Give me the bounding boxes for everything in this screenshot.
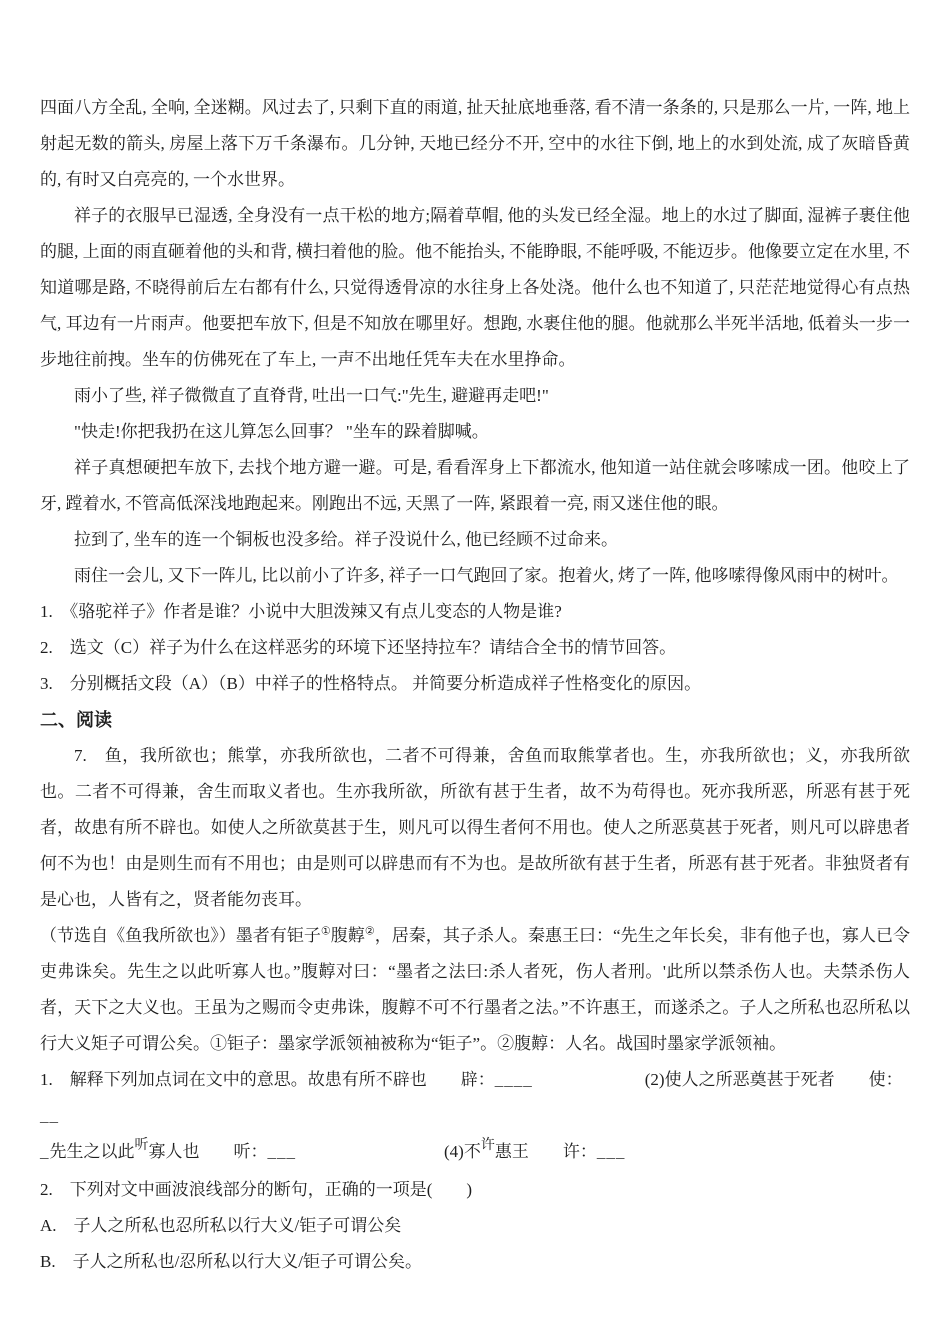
classical-passage-yu-wo-suo-yu: 7. 鱼，我所欲也；熊掌，亦我所欲也，二者不可得兼，舍鱼而取熊掌者也。生，亦我所… (40, 738, 910, 918)
passage-a-paragraph-6: 拉到了, 坐车的连一个铜板也没多给。祥子没说什么, 他已经顾不过命来。 (40, 522, 910, 558)
classical-question-1-line-1: 1. 解释下列加点词在文中的意思。故患有所不辟也辟：____(2)使人之所恶奠甚… (40, 1062, 910, 1134)
option-a: A. 子人之所私也忍所私以行大义/钜子可谓公矣 (40, 1208, 910, 1244)
text-run: 寡人也 (149, 1142, 200, 1161)
text-run: （节选自《鱼我所欲也》）墨者有钜子 (40, 926, 321, 945)
option-b: B. 子人之所私也/忍所私以行大义/钜子可谓公矣。 (40, 1244, 910, 1280)
passage-a-paragraph-4: "快走!你把我扔在这儿算怎么回事？ "坐车的跺着脚喊。 (40, 414, 910, 450)
emphasized-word: 许 (481, 1138, 495, 1153)
passage-a-paragraph-2: 祥子的衣服早已湿透, 全身没有一点干松的地方;隔着草帽, 他的头发已经全湿。地上… (40, 198, 910, 378)
text-run: (4)不 (444, 1142, 481, 1161)
footnote-marker: ① (321, 925, 331, 937)
question-3: 3. 分别概括文段（A）（B）中祥子的性格特点。 并简要分析造成祥子性格变化的原… (40, 666, 910, 702)
section-heading-reading: 二、阅读 (40, 702, 910, 738)
document-page: 四面八方全乱, 全响, 全迷糊。风过去了, 只剩下直的雨道, 扯天扯底地垂落, … (0, 0, 950, 1280)
answer-blank: ___ (268, 1142, 297, 1161)
text-run: ，居秦，其子杀人。秦惠王曰：“先生之年长矣，非有他子也，寡人已令吏弗诛矣。先生之… (40, 926, 910, 1053)
classical-question-2: 2. 下列对文中画波浪线部分的断句，正确的一项是( ) (40, 1172, 910, 1208)
text-run: 许： (563, 1142, 597, 1161)
passage-a-paragraph-1: 四面八方全乱, 全响, 全迷糊。风过去了, 只剩下直的雨道, 扯天扯底地垂落, … (40, 90, 910, 198)
passage-a-paragraph-3: 雨小了些, 祥子微微直了直脊背, 吐出一口气:"先生, 避避再走吧!" (40, 378, 910, 414)
text-run: 使： (869, 1070, 903, 1089)
answer-blank: ___ (597, 1142, 626, 1161)
classical-passage-mozi: （节选自《鱼我所欲也》）墨者有钜子①腹䵍②，居秦，其子杀人。秦惠王曰：“先生之年… (40, 918, 910, 1062)
passage-a-paragraph-5: 祥子真想硬把车放下, 去找个地方避一避。可是, 看看浑身上下都流水, 他知道一站… (40, 450, 910, 522)
text-run: (2)使人之所恶奠甚于死者 (645, 1070, 835, 1089)
question-1: 1. 《骆驼祥子》作者是谁？小说中大胆泼辣又有点儿变态的人物是谁? (40, 594, 910, 630)
text-run: 听： (234, 1142, 268, 1161)
text-run: 辟： (461, 1070, 495, 1089)
text-run: 1. 解释下列加点词在文中的意思。故患有所不辟也 (40, 1070, 427, 1089)
footnote-marker: ② (365, 925, 375, 937)
classical-question-1-line-2: _先生之以此听寡人也听：___(4)不许惠王许：___ (40, 1134, 910, 1172)
answer-blank: _ (40, 1142, 50, 1161)
text-run: 腹䵍 (331, 926, 365, 945)
passage-a-paragraph-7: 雨住一会儿, 又下一阵儿, 比以前小了许多, 祥子一口气跑回了家。抱着火, 烤了… (40, 558, 910, 594)
question-2: 2. 选文（C）祥子为什么在这样恶劣的环境下还坚持拉车？请结合全书的情节回答。 (40, 630, 910, 666)
answer-blank: __ (40, 1106, 59, 1125)
text-run: 惠王 (495, 1142, 529, 1161)
text-run: 先生之以此 (50, 1142, 135, 1161)
answer-blank: ____ (495, 1070, 533, 1089)
emphasized-word: 听 (135, 1138, 149, 1153)
